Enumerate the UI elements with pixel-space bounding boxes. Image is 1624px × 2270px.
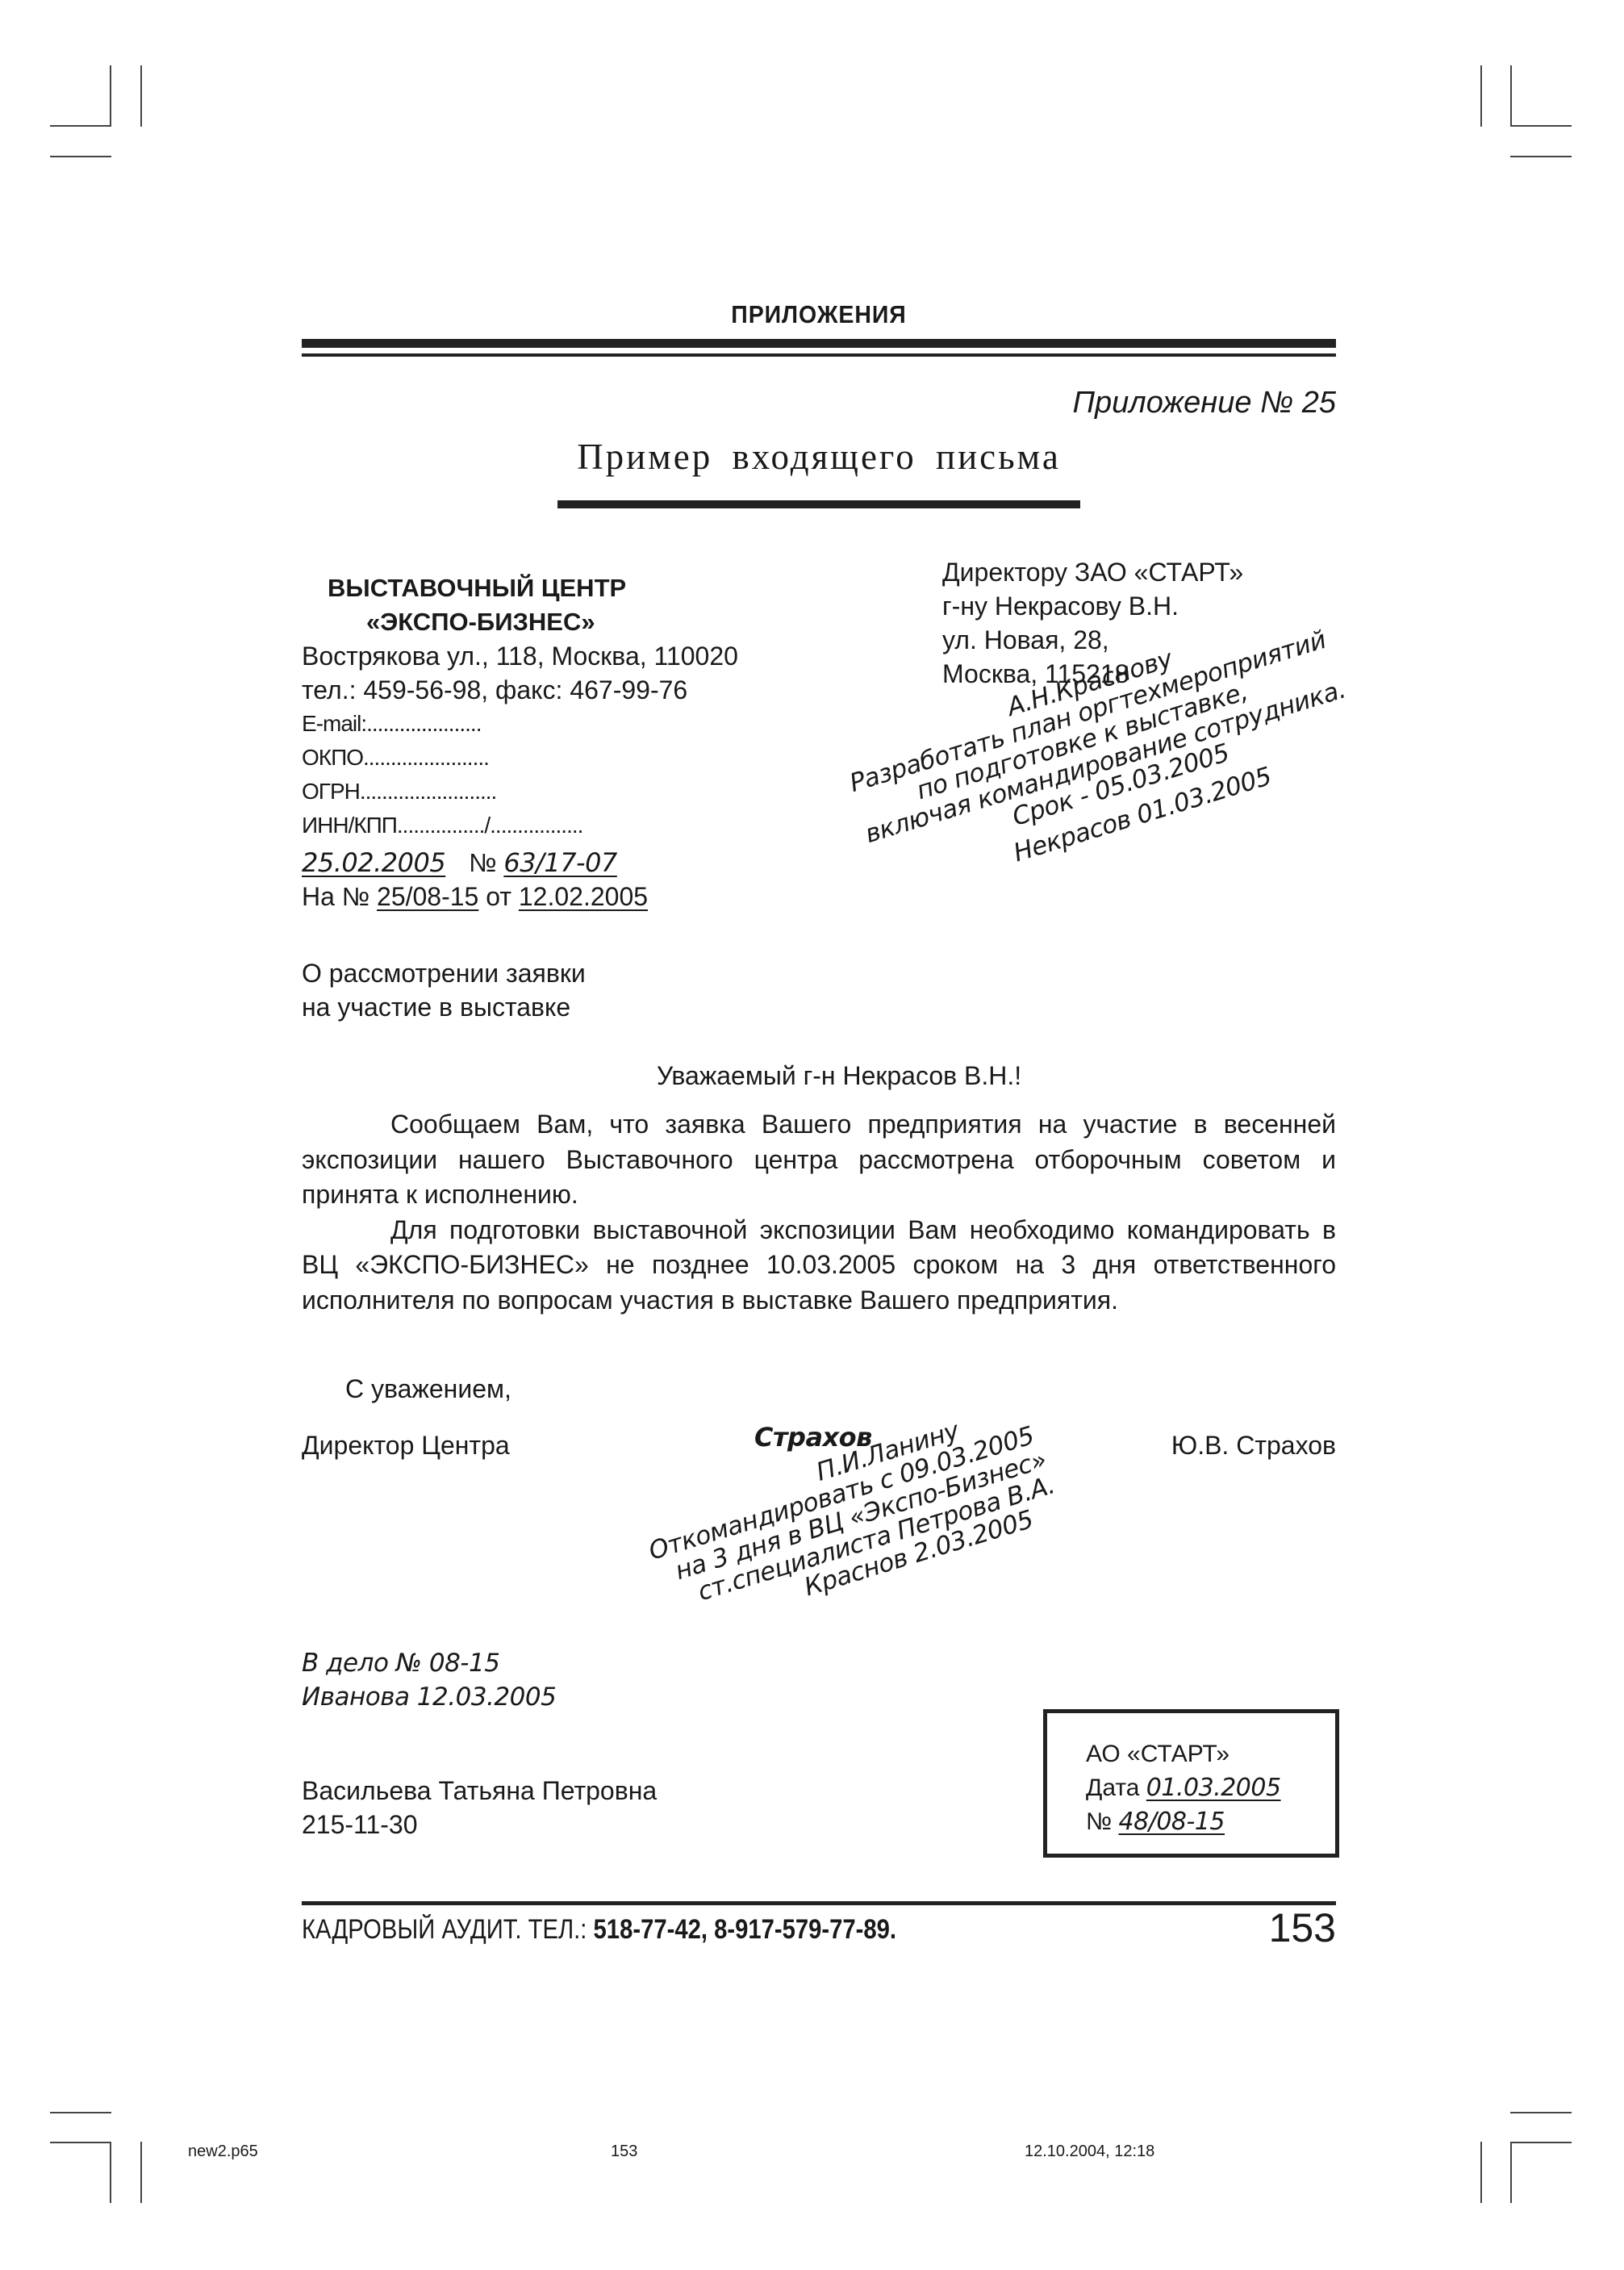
crop-mark	[50, 2142, 111, 2143]
salutation: Уважаемый г-н Некрасов В.Н.!	[302, 1059, 1336, 1093]
crop-mark	[1480, 2142, 1482, 2203]
reply-date: 12.02.2005	[519, 882, 648, 911]
crop-mark	[1480, 65, 1482, 127]
stamp-date-row: Дата 01.03.2005	[1086, 1771, 1281, 1805]
slug-timestamp: 12.10.2004, 12:18	[1025, 2142, 1154, 2161]
reply-from: от	[486, 882, 511, 911]
sender-address: Вострякова ул., 118, Москва, 110020	[302, 639, 738, 673]
reply-reference: На № 25/08-15 от 12.02.2005	[302, 880, 738, 913]
crop-mark	[110, 2142, 111, 2203]
crop-mark	[1510, 65, 1512, 127]
subject-block: О рассмотрении заявки на участие в выста…	[302, 956, 586, 1024]
recipient-line: г-ну Некрасову В.Н.	[942, 589, 1243, 623]
outgoing-no: 63/17-07	[503, 847, 616, 878]
outgoing-reference: 25.02.2005 № 63/17-07	[302, 846, 738, 880]
filing-note-line: В дело № 08-15	[302, 1646, 556, 1680]
reply-no: 25/08-15	[377, 882, 478, 911]
filing-note-line: Иванова 12.03.2005	[302, 1680, 556, 1714]
header-rule-thick	[302, 339, 1336, 348]
footer-phones: 518-77-42, 8-917-579-77-89.	[594, 1914, 897, 1945]
document-title: Пример входящего письма	[302, 436, 1336, 478]
slug-page: 153	[611, 2142, 637, 2161]
recipient-line: Директору ЗАО «СТАРТ»	[942, 555, 1243, 589]
slug-file: new2.p65	[188, 2142, 258, 2161]
filing-note: В дело № 08-15 Иванова 12.03.2005	[302, 1646, 556, 1714]
page-number: 153	[1269, 1904, 1336, 1951]
crop-mark	[1510, 2142, 1512, 2203]
body-paragraph: Для подготовки выставочной экспозиции Ва…	[302, 1213, 1336, 1319]
crop-mark	[50, 125, 111, 127]
stamp-org: АО «СТАРТ»	[1086, 1737, 1281, 1771]
footer-contacts: КАДРОВЫЙ АУДИТ. ТЕЛ.: 518-77-42, 8-917-5…	[302, 1914, 896, 1946]
sender-org-line2: «ЭКСПО-БИЗНЕС»	[366, 605, 738, 639]
letter-body: Сообщаем Вам, что заявка Вашего предприя…	[302, 1107, 1336, 1318]
stamp-no-row: № 48/08-15	[1086, 1805, 1281, 1839]
closing: С уважением,	[345, 1372, 511, 1406]
outgoing-no-label: №	[469, 848, 496, 877]
registration-stamp: АО «СТАРТ» Дата 01.03.2005 № 48/08-15	[1043, 1709, 1339, 1858]
crop-mark	[140, 2142, 142, 2203]
body-paragraph: Сообщаем Вам, что заявка Вашего предприя…	[302, 1107, 1336, 1213]
sender-block: ВЫСТАВОЧНЫЙ ЦЕНТР «ЭКСПО-БИЗНЕС» Востряк…	[302, 571, 738, 913]
signer-name: Ю.В. Страхов	[1171, 1428, 1336, 1462]
appendix-number: Приложение № 25	[1072, 386, 1336, 420]
sender-org-line1: ВЫСТАВОЧНЫЙ ЦЕНТР	[328, 571, 738, 605]
subject-line: О рассмотрении заявки	[302, 956, 586, 990]
crop-mark	[50, 156, 111, 157]
sender-okpo: ОКПО.......................	[302, 741, 738, 775]
footer-label: КАДРОВЫЙ АУДИТ. ТЕЛ.:	[302, 1914, 587, 1945]
stamp-date: 01.03.2005	[1146, 1774, 1281, 1802]
header-rule-thin	[302, 353, 1336, 357]
sender-inn-kpp: ИНН/КПП................/................…	[302, 809, 738, 842]
sender-phones: тел.: 459-56-98, факс: 467-99-76	[302, 673, 738, 707]
crop-mark	[1510, 2142, 1572, 2143]
sender-ogrn: ОГРН.........................	[302, 775, 738, 809]
subject-line: на участие в выставке	[302, 990, 586, 1024]
signer-title: Директор Центра	[302, 1428, 510, 1462]
crop-mark	[1510, 125, 1572, 127]
stamp-no-label: №	[1086, 1808, 1112, 1835]
stamp-no: 48/08-15	[1119, 1808, 1225, 1836]
sender-email: E-mail:.....................	[302, 707, 738, 741]
crop-mark	[1510, 156, 1572, 157]
crop-mark	[50, 2112, 111, 2113]
reply-prefix: На №	[302, 882, 369, 911]
outgoing-date: 25.02.2005	[302, 846, 445, 880]
stamp-date-label: Дата	[1086, 1775, 1139, 1801]
executor-name: Васильева Татьяна Петровна	[302, 1774, 657, 1808]
executor-block: Васильева Татьяна Петровна 215-11-30	[302, 1774, 657, 1842]
executor-phone: 215-11-30	[302, 1808, 657, 1842]
footer-rule	[302, 1901, 1336, 1905]
title-underline	[557, 500, 1080, 508]
crop-mark	[140, 65, 142, 127]
crop-mark	[1510, 2112, 1572, 2113]
section-title: ПРИЛОЖЕНИЯ	[343, 300, 1294, 329]
crop-mark	[110, 65, 111, 127]
